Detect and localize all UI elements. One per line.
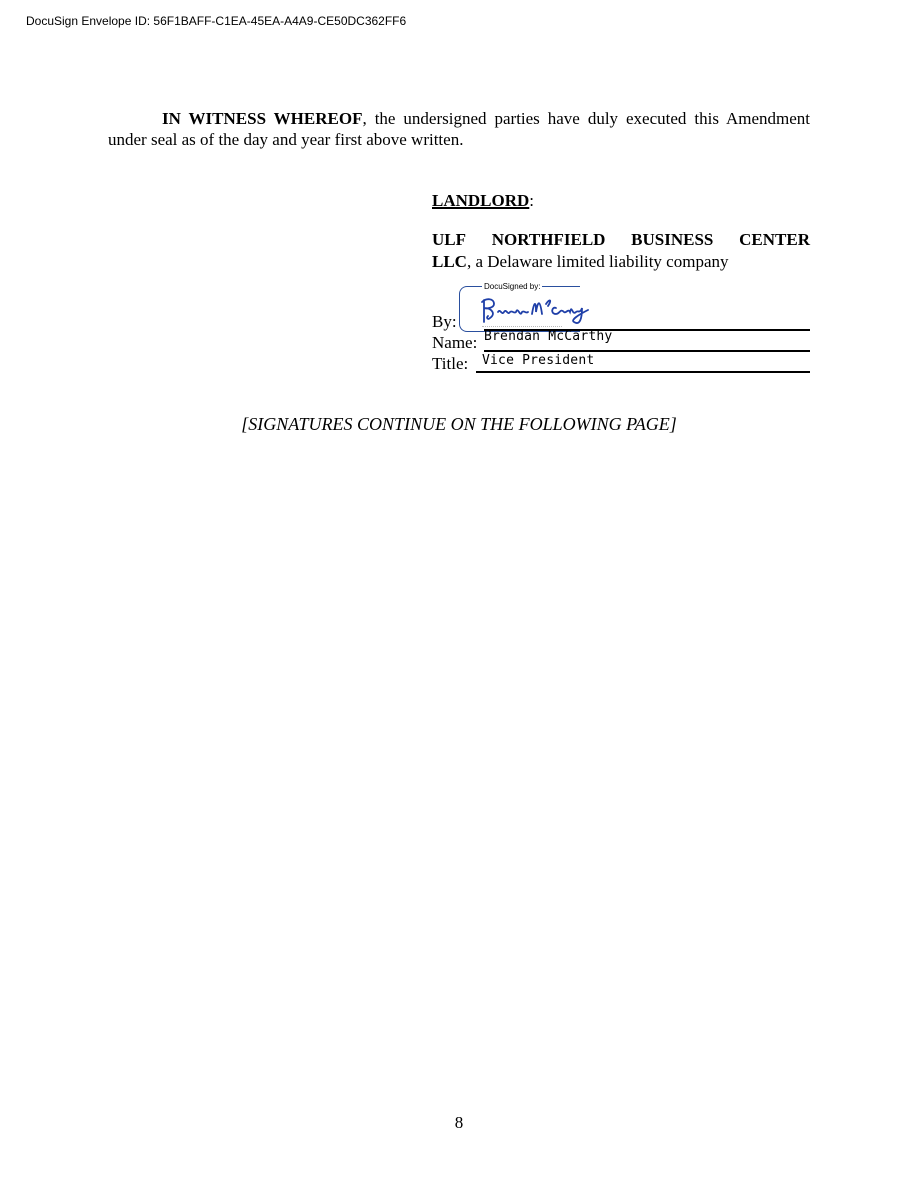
company-description-line: LLC, a Delaware limited liability compan… xyxy=(432,251,810,273)
name-value: Brendan McCarthy xyxy=(484,329,612,344)
company-word: NORTHFIELD xyxy=(492,229,606,251)
name-label: Name: xyxy=(432,333,477,353)
company-description: , a Delaware limited liability company xyxy=(467,252,729,271)
landlord-label: LANDLORD xyxy=(432,191,529,210)
by-label: By: xyxy=(432,312,457,332)
company-name-line: ULF NORTHFIELD BUSINESS CENTER xyxy=(432,229,810,251)
handwritten-signature-icon[interactable] xyxy=(476,292,596,328)
title-label: Title: xyxy=(432,354,468,374)
docusign-envelope-id: DocuSign Envelope ID: 56F1BAFF-C1EA-45EA… xyxy=(26,14,406,28)
landlord-colon: : xyxy=(529,191,534,210)
witness-paragraph: IN WITNESS WHEREOF, the undersigned part… xyxy=(108,108,810,150)
witness-lead: IN WITNESS WHEREOF xyxy=(162,109,362,128)
docusigned-by-label: DocuSigned by: xyxy=(482,282,542,291)
company-llc: LLC xyxy=(432,252,467,271)
title-value: Vice President xyxy=(482,353,594,368)
company-word: ULF xyxy=(432,229,466,251)
name-line xyxy=(484,350,810,352)
landlord-heading: LANDLORD: xyxy=(432,191,534,211)
signature-block: DocuSigned by: By: Name: Brendan McCarth… xyxy=(432,282,812,382)
landlord-company: ULF NORTHFIELD BUSINESS CENTER LLC, a De… xyxy=(432,229,810,273)
company-word: BUSINESS xyxy=(631,229,713,251)
title-line xyxy=(476,371,810,373)
signatures-continue-note: [SIGNATURES CONTINUE ON THE FOLLOWING PA… xyxy=(0,414,918,435)
page-number: 8 xyxy=(0,1113,918,1133)
company-word: CENTER xyxy=(739,229,810,251)
